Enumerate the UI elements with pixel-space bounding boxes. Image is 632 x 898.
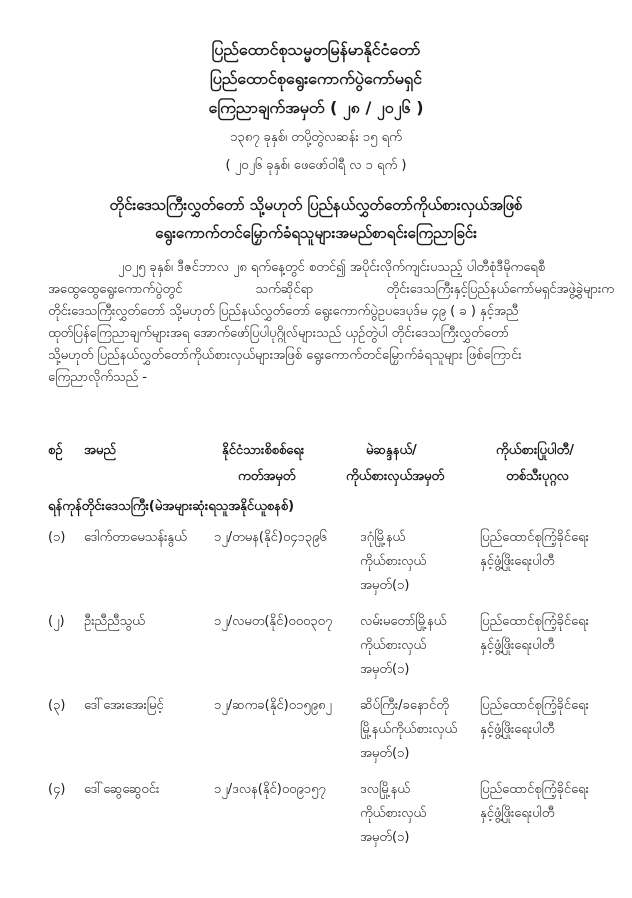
title-commission: ပြည်ထောင်စုရွေးကောက်ပွဲကော်မရှင် (0, 66, 632, 92)
row-constituency-line-3: အမှတ်(၁) (360, 574, 409, 598)
row-nrc: ၁၂/တမန(နိုင်)၀၄၁၃၉၆ (214, 526, 327, 550)
row-party-line-1: ပြည်ထောင်စုကြံ့ခိုင်ရေး (480, 778, 589, 802)
title-announcement-number: ကြေညာချက်အမှတ် ( ၂၈ / ၂၀၂၆ ) (0, 95, 632, 121)
row-constituency-line-2: ကိုယ်စားလှယ် (360, 634, 426, 658)
body-paragraph: ၂၀၂၅ ခုနှစ်၊ ဒီဇင်ဘာလ ၂၈ ရက်နေ့တွင် စတင်… (48, 257, 614, 389)
row-no: (၁) (48, 526, 65, 550)
body-line-3: တိုင်းဒေသကြီးလွှတ်တော် သို့မဟုတ် ပြည်နယ်… (48, 301, 614, 323)
row-no: (၂) (48, 610, 65, 634)
date-gregorian: ( ၂၀၂၆ ခုနှစ်၊ ဖေဖော်ဝါရီ လ ၁ ရက် ) (0, 155, 632, 177)
title-country: ပြည်ထောင်စုသမ္မတမြန်မာနိုင်ငံတော် (0, 37, 632, 63)
body-line-2-part-2: သက်ဆိုင်ရာ (256, 279, 314, 301)
row-party-line-2: နှင့်ဖွံ့ဖြိုးရေးပါတီ (480, 634, 554, 658)
row-party-line-1: ပြည်ထောင်စုကြံ့ခိုင်ရေး (480, 526, 589, 550)
row-nrc: ၁၂/ဒလန(နိုင်)၀၀၉၁၅၇ (214, 778, 326, 802)
announcement-page: ပြည်ထောင်စုသမ္မတမြန်မာနိုင်ငံတော် ပြည်ထေ… (0, 0, 632, 898)
header-no: စဉ် (48, 440, 63, 462)
subject-line-2: ရွေးကောက်တင်မြှောက်ခံရသူများအမည်စာရင်းကြ… (0, 220, 632, 246)
body-line-6: ကြေညာလိုက်သည် - (48, 367, 614, 389)
header-party-line-2: တစ်သီးပုဂ္ဂလ (506, 466, 569, 488)
row-constituency-line-2: ကိုယ်စားလှယ် (360, 802, 426, 826)
row-constituency-line-2: မြို့နယ်ကိုယ်စားလှယ် (360, 718, 457, 742)
table-row: (၃) ဒေါ်အေးအေးမြင့် ၁၂/ဆကခ(နိုင်)၀၁၅၉၈၂ … (0, 694, 632, 778)
header-name: အမည် (84, 440, 116, 462)
body-line-2-part-3: တိုင်းဒေသကြီးနှင့်ပြည်နယ်ကော်မရှင်အဖွဲ့ခ… (387, 279, 614, 301)
row-nrc: ၁၂/ဆကခ(နိုင်)၀၁၅၉၈၂ (214, 694, 332, 718)
body-line-4: ထုတ်ပြန်ကြေညာချက်များအရ အောက်ဖော်ပြပါပုဂ… (48, 323, 614, 345)
row-no: (၃) (48, 694, 65, 718)
body-line-2-part-1: အထွေထွေရွေးကောက်ပွဲတွင် (48, 279, 182, 301)
header-nrc-line-2: ကတ်အမှတ် (238, 466, 295, 488)
row-no: (၄) (48, 778, 65, 802)
row-constituency-line-1: ဒဂုံမြို့နယ် (360, 526, 405, 550)
row-party-line-2: နှင့်ဖွံ့ဖြိုးရေးပါတီ (480, 802, 554, 826)
table-row: (၄) ဒေါ်ဆွေဆွေဝင်း ၁၂/ဒလန(နိုင်)၀၀၉၁၅၇ ဒ… (0, 778, 632, 862)
row-nrc: ၁၂/လမတ(နိုင်)၀၀၀၃၀၇ (214, 610, 332, 634)
row-party-line-2: နှင့်ဖွံ့ဖြိုးရေးပါတီ (480, 550, 554, 574)
row-name: ဒေါ်အေးအေးမြင့် (84, 694, 164, 718)
row-name: ဦးညီညီသွယ် (84, 610, 145, 634)
date-myanmar: ၁၃၈၇ ခုနှစ်၊ တပို့တွဲလဆန်း ၁၅ ရက် (0, 127, 632, 149)
table-row: (၁) ဒေါက်တာမေသန်းနွယ် ၁၂/တမန(နိုင်)၀၄၁၃၉… (0, 526, 632, 610)
row-party-line-2: နှင့်ဖွံ့ဖြိုးရေးပါတီ (480, 718, 554, 742)
body-line-2: အထွေထွေရွေးကောက်ပွဲတွင် သက်ဆိုင်ရာ တိုင်… (48, 279, 614, 301)
row-constituency-line-3: အမှတ်(၁) (360, 826, 409, 850)
header-party-line-1: ကိုယ်စားပြုပါတီ/ (496, 440, 574, 462)
row-name: ဒေါက်တာမေသန်းနွယ် (84, 526, 187, 550)
row-constituency-line-1: ဒလမြို့နယ် (360, 778, 410, 802)
region-heading: ရန်ကုန်တိုင်းဒေသကြီး(မဲအများဆုံးရသူအနိုင… (48, 496, 294, 518)
row-party-line-1: ပြည်ထောင်စုကြံ့ခိုင်ရေး (480, 610, 589, 634)
row-constituency-line-3: အမှတ်(၁) (360, 742, 409, 766)
header-constituency-line-1: မဲဆန္ဒနယ်/ (366, 440, 417, 462)
subject-line-1: တိုင်းဒေသကြီးလွှတ်တော် သို့မဟုတ် ပြည်နယ်… (0, 192, 632, 218)
row-constituency-line-2: ကိုယ်စားလှယ် (360, 550, 426, 574)
row-constituency-line-1: ဆိပ်ကြီး/ခနောင်တို (360, 694, 449, 718)
row-constituency-line-1: လမ်းမတော်မြို့နယ် (360, 610, 446, 634)
header-nrc-line-1: နိုင်ငံသားစိစစ်ရေး (222, 440, 304, 462)
row-party-line-1: ပြည်ထောင်စုကြံ့ခိုင်ရေး (480, 694, 589, 718)
row-constituency-line-3: အမှတ်(၁) (360, 658, 409, 682)
header-constituency-line-2: ကိုယ်စားလှယ်အမှတ် (346, 466, 444, 488)
body-line-1: ၂၀၂၅ ခုနှစ်၊ ဒီဇင်ဘာလ ၂၈ ရက်နေ့တွင် စတင်… (48, 257, 614, 279)
table-row: (၂) ဦးညီညီသွယ် ၁၂/လမတ(နိုင်)၀၀၀၃၀၇ လမ်းမ… (0, 610, 632, 694)
row-name: ဒေါ်ဆွေဆွေဝင်း (84, 778, 159, 802)
body-line-5: သို့မဟုတ် ပြည်နယ်လွှတ်တော်ကိုယ်စားလှယ်မျ… (48, 345, 614, 367)
